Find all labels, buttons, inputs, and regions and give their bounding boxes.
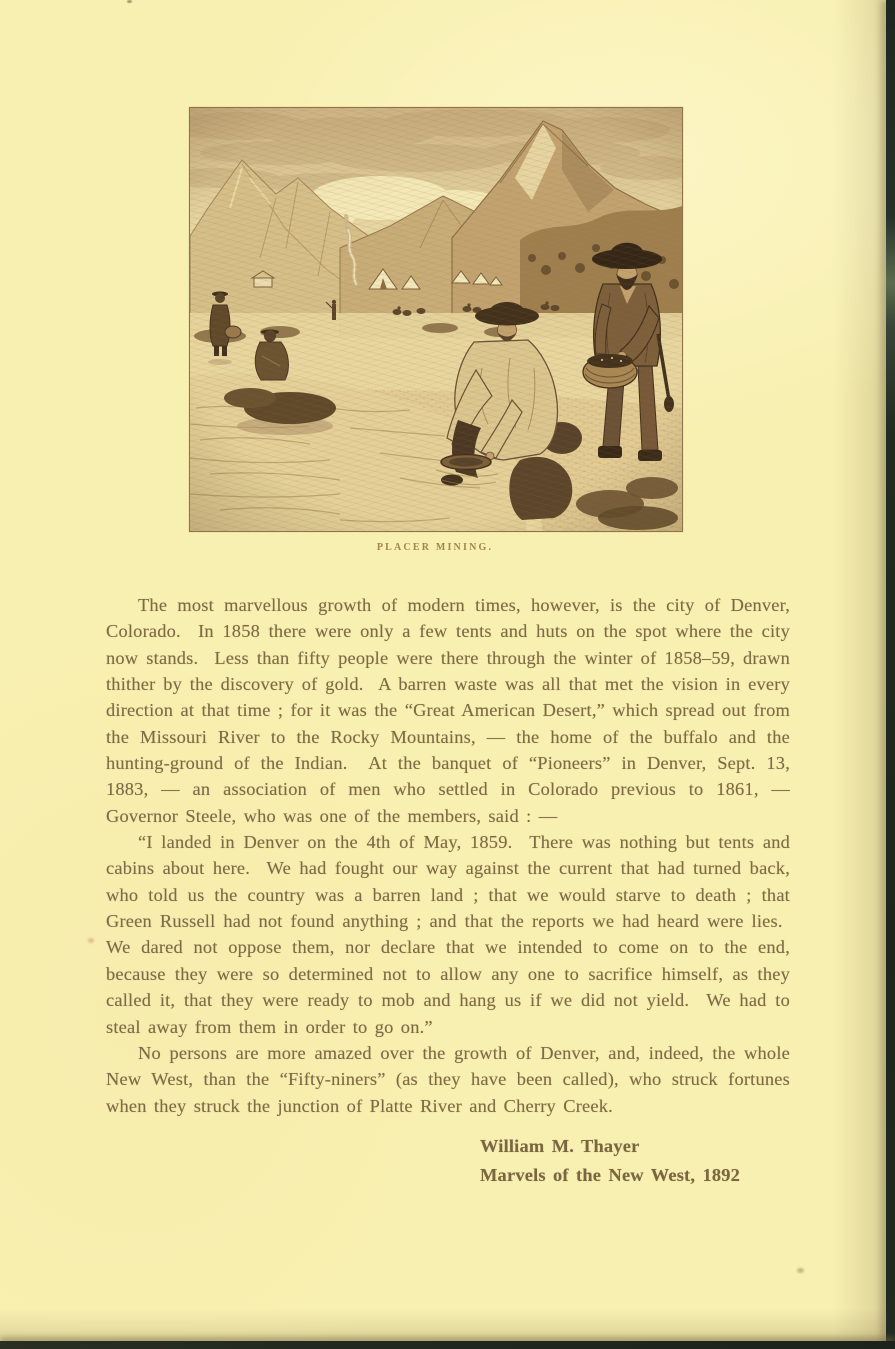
book-page: PLACER MINING. The most marvellous growt… bbox=[0, 0, 895, 1349]
book-edge-bottom bbox=[0, 1341, 895, 1349]
illustration-plate bbox=[189, 107, 683, 532]
attribution-source: Marvels of the New West, 1892 bbox=[480, 1161, 790, 1190]
paragraph-1: The most marvellous growth of modern tim… bbox=[106, 592, 790, 829]
engraving-texture bbox=[190, 108, 682, 531]
scan-speck bbox=[797, 1268, 804, 1273]
attribution-author: William M. Thayer bbox=[480, 1132, 790, 1161]
scan-speck bbox=[127, 0, 132, 3]
paragraph-2: “I landed in Denver on the 4th of May, 1… bbox=[106, 829, 790, 1040]
scan-speck bbox=[88, 938, 94, 943]
attribution: William M. Thayer Marvels of the New Wes… bbox=[480, 1132, 790, 1190]
illustration-caption: PLACER MINING. bbox=[189, 542, 681, 553]
placer-mining-engraving bbox=[190, 108, 682, 531]
paragraph-3: No persons are more amazed over the grow… bbox=[106, 1040, 790, 1119]
page-text: The most marvellous growth of modern tim… bbox=[106, 592, 790, 1190]
book-edge-right bbox=[886, 0, 895, 1349]
